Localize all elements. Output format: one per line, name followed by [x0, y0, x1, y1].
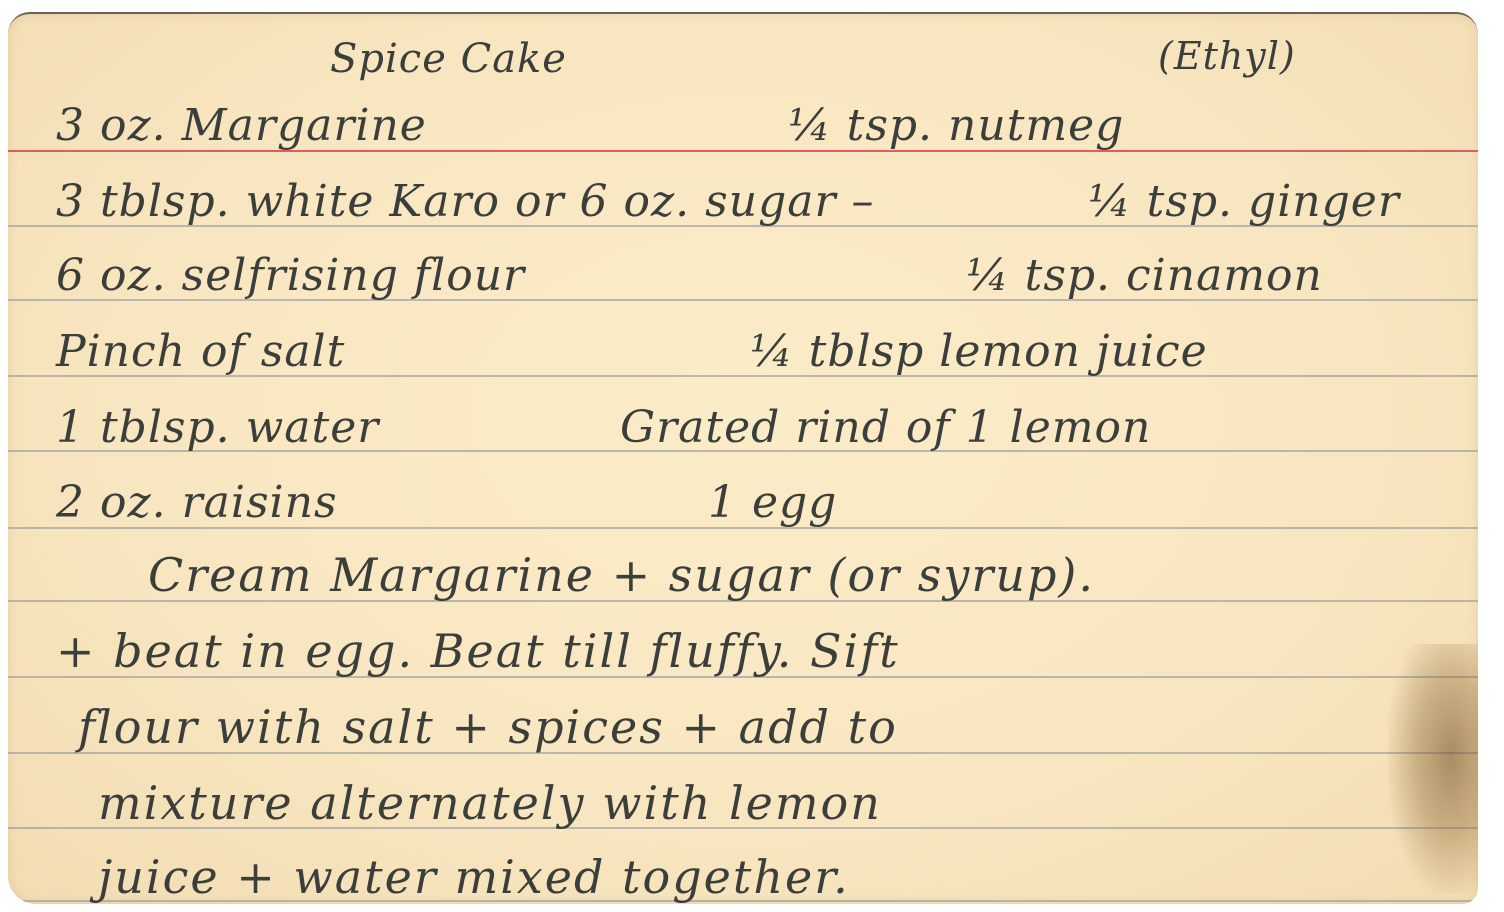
- ingredient-item: 3 oz. Margarine: [56, 100, 427, 151]
- recipe-author: (Ethyl): [1158, 34, 1296, 78]
- ingredient-item: ¼ tsp. cinamon: [966, 250, 1323, 301]
- direction-line: mixture alternately with lemon: [98, 776, 882, 830]
- ingredient-item: ¼ tblsp lemon juice: [750, 326, 1208, 377]
- direction-line: + beat in egg. Beat till fluffy. Sift: [56, 624, 900, 678]
- ingredient-item: 1 egg: [708, 477, 837, 528]
- recipe-card: Spice Cake (Ethyl) 3 oz. Margarine 3 tbl…: [8, 12, 1478, 904]
- ingredient-item: 2 oz. raisins: [56, 477, 338, 528]
- ingredient-item: ¼ tsp. nutmeg: [788, 100, 1124, 151]
- ingredient-item: ¼ tsp. ginger: [1088, 176, 1400, 227]
- direction-line: flour with salt + spices + add to: [78, 700, 898, 754]
- ingredient-item: Grated rind of 1 lemon: [620, 402, 1151, 453]
- recipe-title: Spice Cake: [330, 36, 567, 82]
- direction-line: juice + water mixed together.: [98, 850, 850, 904]
- ingredient-item: 1 tblsp. water: [56, 402, 379, 453]
- ingredient-item: Pinch of salt: [56, 326, 345, 377]
- age-stain: [1388, 644, 1478, 894]
- ingredient-item: 6 oz. selfrising flour: [56, 250, 525, 301]
- ingredient-item: 3 tblsp. white Karo or 6 oz. sugar –: [56, 176, 874, 227]
- direction-line: Cream Margarine + sugar (or syrup).: [148, 548, 1095, 602]
